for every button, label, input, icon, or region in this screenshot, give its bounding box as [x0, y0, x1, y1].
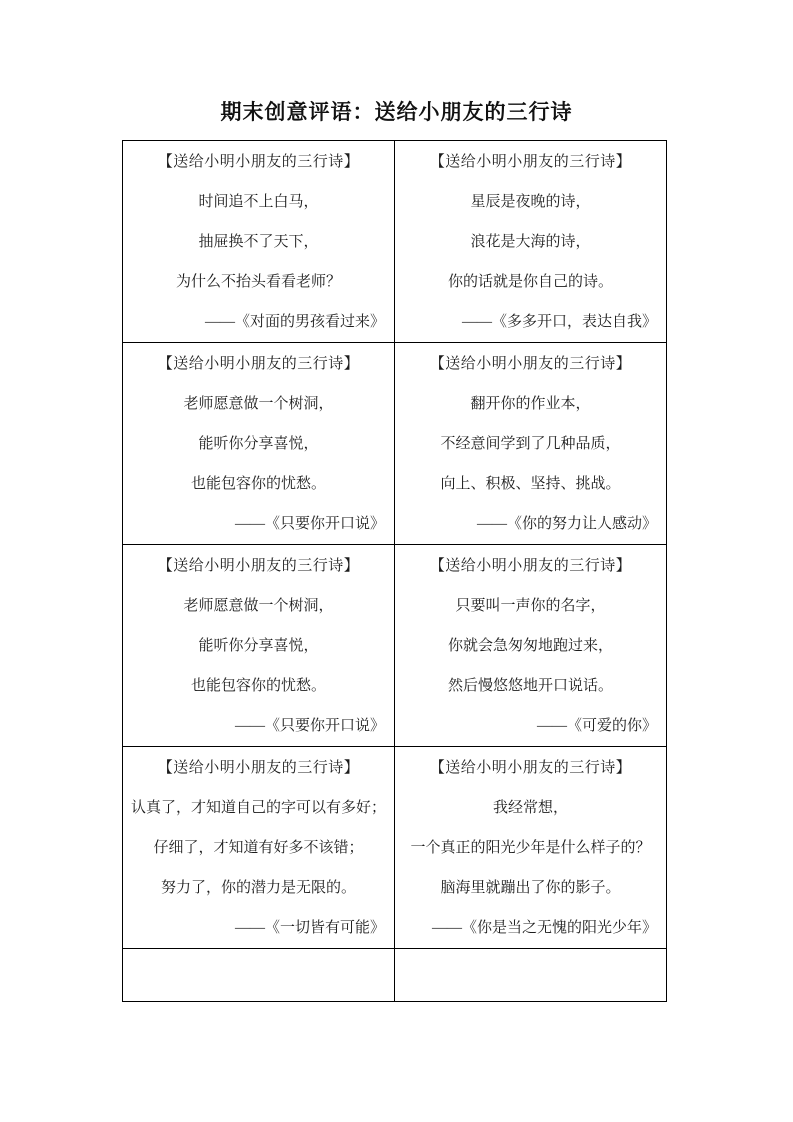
poem-cell: 【送给小明小朋友的三行诗】 星辰是夜晚的诗， 浪花是大海的诗， 你的话就是你自己… [395, 141, 667, 343]
poem-line: 脑海里就蹦出了你的影子。 [395, 868, 666, 908]
poem-cell-header: 【送给小明小朋友的三行诗】 [395, 748, 666, 788]
poem-attribution: ——《只要你开口说》 [123, 706, 394, 746]
poem-line: 努力了，你的潜力是无限的。 [123, 868, 394, 908]
poem-line: 翻开你的作业本， [395, 384, 666, 424]
poem-line: 仔细了，才知道有好多不该错； [123, 828, 394, 868]
page-title: 期末创意评语：送给小朋友的三行诗 [0, 96, 793, 126]
table-row: 【送给小明小朋友的三行诗】 老师愿意做一个树洞， 能听你分享喜悦， 也能包容你的… [123, 343, 667, 545]
poem-line: 你的话就是你自己的诗。 [395, 262, 666, 302]
poem-line: 认真了，才知道自己的字可以有多好； [123, 788, 394, 828]
poem-attribution: ——《你是当之无愧的阳光少年》 [395, 908, 666, 948]
poem-cell-header: 【送给小明小朋友的三行诗】 [123, 748, 394, 788]
poem-line: 我经常想， [395, 788, 666, 828]
poem-cell-header: 【送给小明小朋友的三行诗】 [395, 344, 666, 384]
poem-attribution: ——《只要你开口说》 [123, 504, 394, 544]
poem-line: 也能包容你的忧愁。 [123, 464, 394, 504]
poem-line: 抽屉换不了天下， [123, 222, 394, 262]
poem-line: 你就会急匆匆地跑过来， [395, 626, 666, 666]
table-row: 【送给小明小朋友的三行诗】 老师愿意做一个树洞， 能听你分享喜悦， 也能包容你的… [123, 545, 667, 747]
poem-attribution: ——《对面的男孩看过来》 [123, 302, 394, 342]
poem-line: 浪花是大海的诗， [395, 222, 666, 262]
empty-cell [395, 949, 667, 1002]
poem-attribution: ——《可爱的你》 [395, 706, 666, 746]
poem-attribution: ——《一切皆有可能》 [123, 908, 394, 948]
table-row: 【送给小明小朋友的三行诗】 认真了，才知道自己的字可以有多好； 仔细了，才知道有… [123, 747, 667, 949]
poem-line: 星辰是夜晚的诗， [395, 182, 666, 222]
poem-cell-header: 【送给小明小朋友的三行诗】 [395, 142, 666, 182]
poem-line: 然后慢悠悠地开口说话。 [395, 666, 666, 706]
empty-cell [123, 949, 395, 1002]
poem-line: 能听你分享喜悦， [123, 626, 394, 666]
poem-line: 老师愿意做一个树洞， [123, 384, 394, 424]
poem-attribution: ——《多多开口，表达自我》 [395, 302, 666, 342]
poem-cell-header: 【送给小明小朋友的三行诗】 [123, 142, 394, 182]
poem-line: 一个真正的阳光少年是什么样子的？ [395, 828, 666, 868]
document-page: 期末创意评语：送给小朋友的三行诗 【送给小明小朋友的三行诗】 时间追不上白马， … [0, 0, 793, 1122]
poem-line: 也能包容你的忧愁。 [123, 666, 394, 706]
poem-cell: 【送给小明小朋友的三行诗】 老师愿意做一个树洞， 能听你分享喜悦， 也能包容你的… [123, 545, 395, 747]
poem-line: 不经意间学到了几种品质， [395, 424, 666, 464]
poem-line: 为什么不抬头看看老师？ [123, 262, 394, 302]
poem-line: 时间追不上白马， [123, 182, 394, 222]
table-row: 【送给小明小朋友的三行诗】 时间追不上白马， 抽屉换不了天下， 为什么不抬头看看… [123, 141, 667, 343]
poem-line: 向上、积极、坚持、挑战。 [395, 464, 666, 504]
poem-cell-header: 【送给小明小朋友的三行诗】 [395, 546, 666, 586]
poem-cell-header: 【送给小明小朋友的三行诗】 [123, 546, 394, 586]
poem-cell: 【送给小明小朋友的三行诗】 时间追不上白马， 抽屉换不了天下， 为什么不抬头看看… [123, 141, 395, 343]
poem-cell: 【送给小明小朋友的三行诗】 我经常想， 一个真正的阳光少年是什么样子的？ 脑海里… [395, 747, 667, 949]
table-row-empty [123, 949, 667, 1002]
poem-cell: 【送给小明小朋友的三行诗】 认真了，才知道自己的字可以有多好； 仔细了，才知道有… [123, 747, 395, 949]
poem-cell: 【送给小明小朋友的三行诗】 只要叫一声你的名字， 你就会急匆匆地跑过来， 然后慢… [395, 545, 667, 747]
poem-attribution: ——《你的努力让人感动》 [395, 504, 666, 544]
poem-line: 能听你分享喜悦， [123, 424, 394, 464]
poem-line: 只要叫一声你的名字， [395, 586, 666, 626]
poems-table: 【送给小明小朋友的三行诗】 时间追不上白马， 抽屉换不了天下， 为什么不抬头看看… [122, 140, 667, 1002]
poem-line: 老师愿意做一个树洞， [123, 586, 394, 626]
poem-cell: 【送给小明小朋友的三行诗】 老师愿意做一个树洞， 能听你分享喜悦， 也能包容你的… [123, 343, 395, 545]
poem-cell-header: 【送给小明小朋友的三行诗】 [123, 344, 394, 384]
poem-cell: 【送给小明小朋友的三行诗】 翻开你的作业本， 不经意间学到了几种品质， 向上、积… [395, 343, 667, 545]
